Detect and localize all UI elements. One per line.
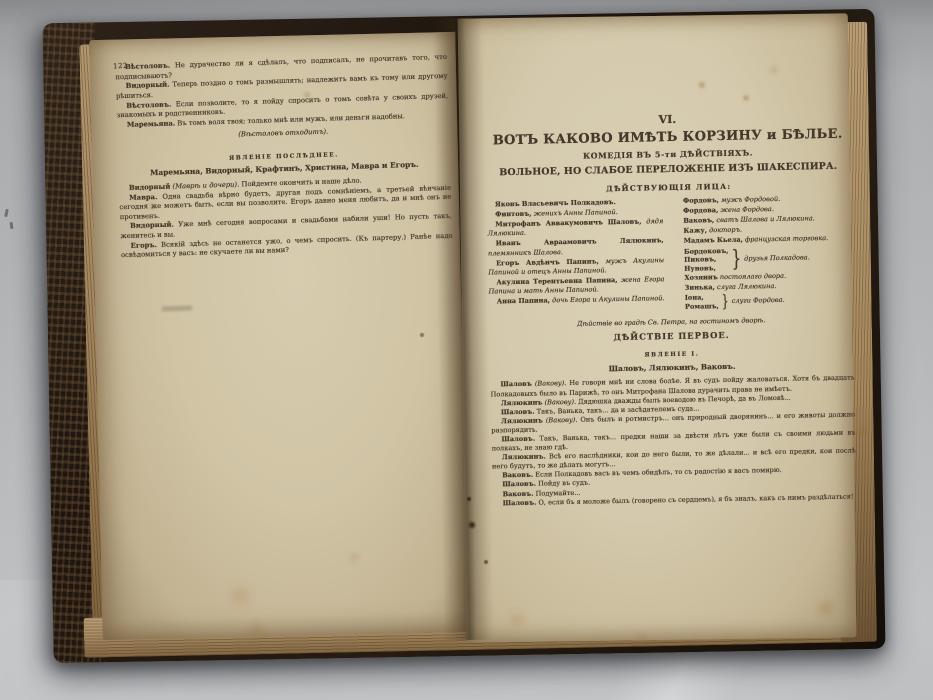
act-heading: ДѢЙСТВІЕ ПЕРВОЕ. xyxy=(489,327,853,346)
page-number: 122 xyxy=(113,62,128,72)
cast-column-left: Яковъ Власьевичъ Полкадовъ. Финтовъ, жен… xyxy=(487,197,665,316)
cast-entry: Акулина Терентьевна Папина, жена Егора П… xyxy=(488,275,664,297)
cast-brace-group: Бордоковъ, Пиковъ, Нуновъ, } друзья Полк… xyxy=(676,244,852,273)
cast-columns: Яковъ Власьевичъ Полкадовъ. Финтовъ, жен… xyxy=(487,194,853,316)
cast-entry: Анна Папина, дочь Егора и Акулины Папино… xyxy=(489,294,665,306)
play-subtitle-source: ВОЛЬНОЕ, НО СЛАБОЕ ПЕРЕЛОЖЕНІЕ ИЗЪ ШАКЕС… xyxy=(486,160,850,180)
brace-icon: } xyxy=(721,290,728,313)
cast-entry: Иванъ Авраамовичъ Лялюкинъ, племянникъ Ш… xyxy=(488,237,664,259)
foxing-spots xyxy=(0,0,4,4)
photo-of-open-book: 122 Вѣстоловъ. Не дурачество ли я сдѣлал… xyxy=(0,0,933,700)
fabric-debris-mark xyxy=(10,222,14,229)
cast-entry: Егоръ Авдѣичъ Папинъ, мужъ Акулины Папин… xyxy=(488,256,664,278)
cast-brace-group: Іона, Ромашъ, } слуги Фордова. xyxy=(677,291,853,312)
fabric-debris-mark xyxy=(4,209,9,217)
brace-icon: } xyxy=(731,243,741,274)
cast-entry: Митрофанъ Аввакумовичъ Шаловъ, дядя Лялю… xyxy=(487,217,663,239)
cast-column-right: Фордовъ, мужъ Фордовой. Фордова, жена Фо… xyxy=(675,194,853,313)
ink-smudge xyxy=(162,305,192,311)
left-page-text: 122 Вѣстоловъ. Не дурачество ли я сдѣлал… xyxy=(115,53,453,261)
right-page-text: VI. ВОТЪ КАКОВО ИМѢТЬ КОРЗИНУ и БѢЛЬЕ. К… xyxy=(485,109,856,509)
